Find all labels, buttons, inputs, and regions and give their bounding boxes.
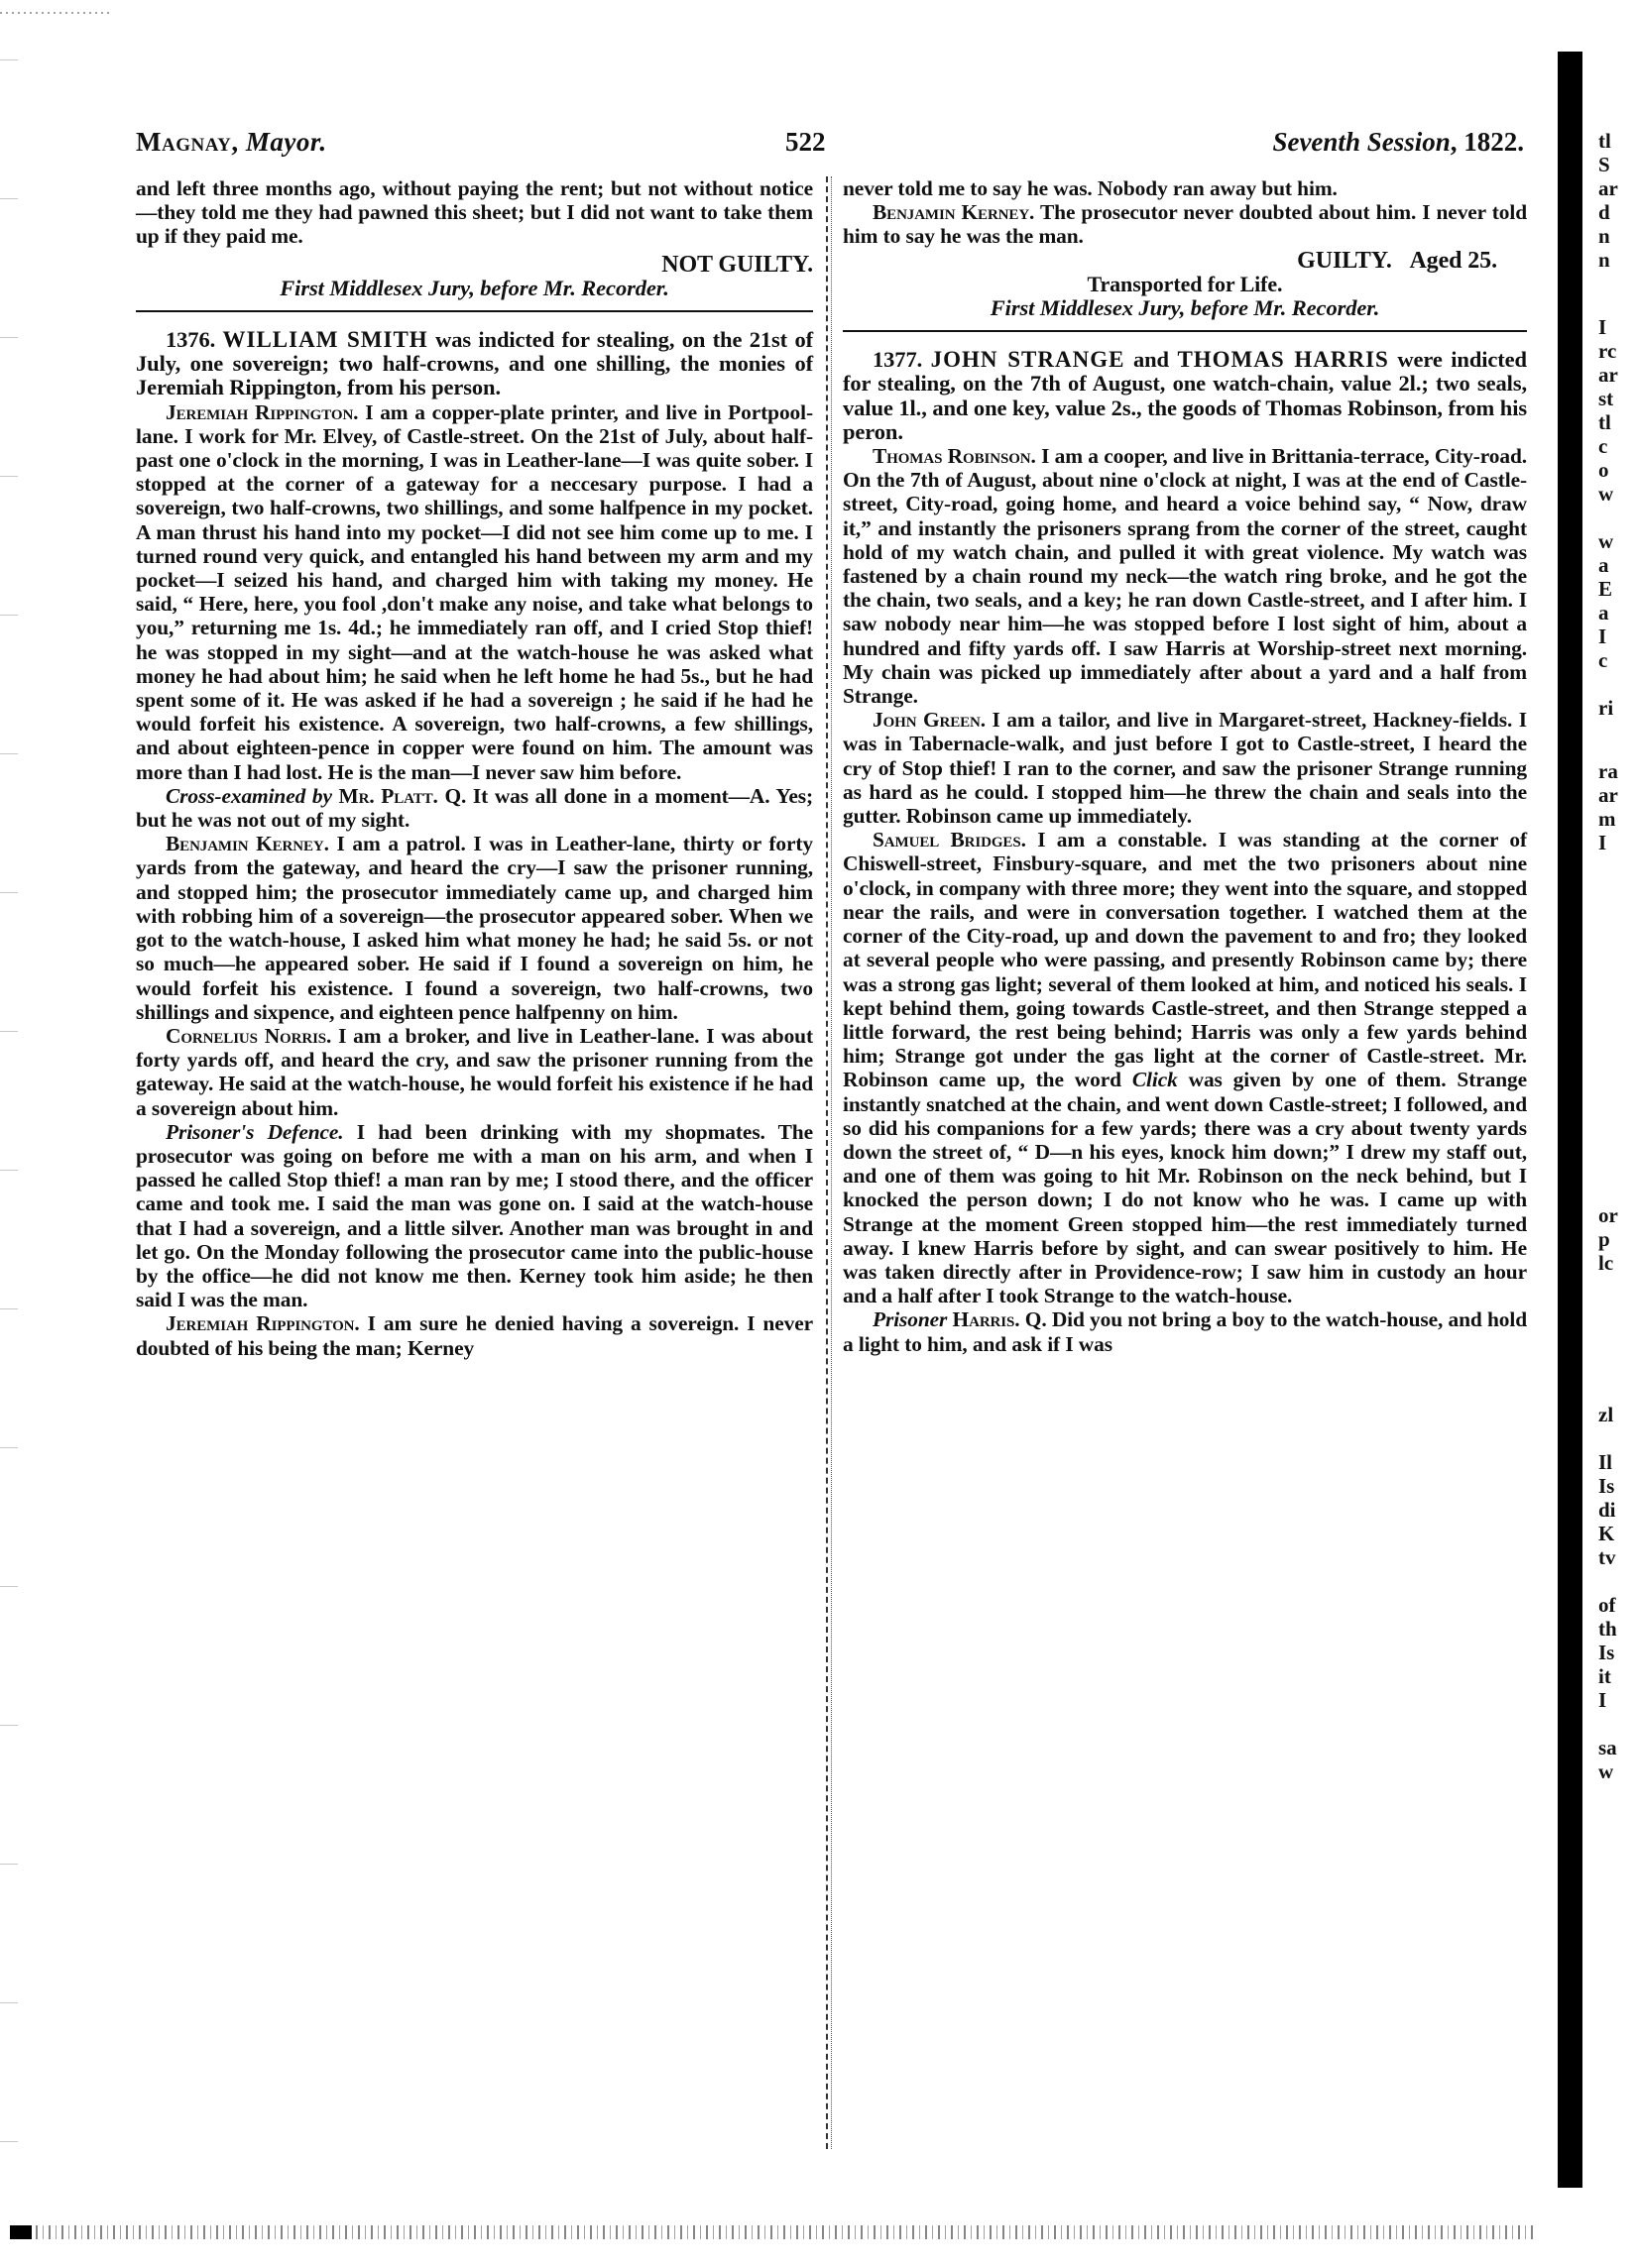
scanned-page: Magnay, Mayor. 522 Seventh Session, 1822… [0,0,1637,2268]
facing-page-fragment: c [1598,648,1607,672]
testimony: Benjamin Kerney. The prosecutor never do… [843,200,1527,248]
facing-page-fragment: I [1598,315,1606,339]
testimony: Prisoner Harris. Q. Did you not bring a … [843,1307,1527,1355]
running-head: Magnay, Mayor. 522 Seventh Session, 1822… [136,127,1524,167]
facing-page-fragment: it [1598,1664,1611,1688]
facing-page-fragment: d [1598,200,1610,224]
scan-noise-blob [10,2225,32,2239]
prisoner-label: Prisoner [873,1307,947,1331]
facing-page-fragments: tlSardnnIrcarsttlcowwaEaIcriraarmIorplcz… [1598,0,1637,2268]
defendant-age: Aged 25. [1409,248,1497,274]
facing-page-fragment: n [1598,248,1610,272]
facing-page-fragment: th [1598,1617,1617,1641]
case-heading: 1376. WILLIAM SMITH was indicted for ste… [136,328,813,400]
facing-page-fragment: ra [1598,759,1618,783]
column-divider [826,176,828,2149]
witness-name: Benjamin Kerney. [873,200,1034,224]
facing-page-fragment: di [1598,1498,1616,1522]
scan-noise-left [0,0,18,2220]
session-year: 1822. [1463,127,1524,157]
testimony: Thomas Robinson. I am a cooper, and live… [843,444,1527,708]
facing-page-fragment: Il [1598,1450,1612,1474]
witness-name: Benjamin Kerney. [166,832,329,855]
facing-page-fragment: tl [1598,410,1611,434]
witness-name: Thomas Robinson. [873,444,1036,468]
facing-page-fragment: tv [1598,1545,1616,1569]
defendant-name: WILLIAM SMITH [223,327,428,352]
session-name: Seventh Session [1272,127,1450,157]
testimony: Samuel Bridges. I am a constable. I was … [843,828,1527,1307]
facing-page-fragment: ar [1598,176,1618,200]
scan-noise-bottom [10,2225,1537,2239]
facing-page-fragment: Is [1598,1641,1614,1664]
facing-page-fragment: ar [1598,363,1618,387]
page-number: 522 [785,127,826,158]
facing-page-fragment: I [1598,1688,1606,1712]
verdict-line: GUILTY. Aged 25. [843,249,1527,273]
testimony-text: was given by one of them. Strange instan… [843,1068,1527,1307]
witness-name: Jeremiah Rippington. [166,400,358,424]
facing-page-fragment: Is [1598,1474,1614,1498]
running-head-left: Magnay, Mayor. [136,127,327,158]
facing-page-fragment: I [1598,831,1606,854]
witness-name: Samuel Bridges. [873,828,1026,851]
facing-page-fragment: a [1598,601,1609,624]
column-divider-inner [831,176,832,2149]
mayor-title: Mayor. [246,127,327,157]
jury-line: First Middlesex Jury, before Mr. Recorde… [843,296,1527,320]
testimony: Prisoner's Defence. I had been drinking … [136,1120,813,1312]
facing-page-fragment: tl [1598,129,1611,153]
facing-page-fragment: K [1598,1522,1614,1545]
case-number: 1376. [166,327,215,352]
facing-page-fragment: w [1598,1759,1613,1783]
continuation-text: and left three months ago, without payin… [136,176,813,249]
facing-page-fragment: sa [1598,1736,1617,1759]
facing-page-fragment: c [1598,434,1607,458]
facing-page-fragment: n [1598,224,1610,248]
witness-name: Cornelius Norris. [166,1024,331,1048]
facing-page-fragment: or [1598,1203,1618,1227]
testimony-text: I am a patrol. I was in Leather-lane, th… [136,832,813,1023]
testimony: Jeremiah Rippington. I am sure he denied… [136,1311,813,1359]
witness-name: Jeremiah Rippington. [166,1311,360,1335]
facing-page-fragment: w [1598,482,1613,506]
facing-page-fragment: rc [1598,339,1616,363]
facing-page-fragment: ar [1598,783,1618,807]
running-head-right: Seventh Session, 1822. [1272,127,1524,158]
testimony: Cross-examined by Mr. Platt. Q. It was a… [136,784,813,832]
witness-name: Harris. [953,1307,1020,1331]
left-column: and left three months ago, without payin… [136,176,813,1360]
testimony-text: I am a copper-plate printer, and live in… [136,400,813,784]
section-rule [843,330,1527,332]
verdict: GUILTY. [1297,248,1392,274]
testimony: Jeremiah Rippington. I am a copper-plate… [136,400,813,784]
facing-page-fragment: st [1598,387,1613,410]
facing-page-fragment: o [1598,458,1609,482]
facing-page-fragment: of [1598,1593,1616,1617]
conjunction: and [1133,347,1169,372]
testimony-text: I am a constable. I was standing at the … [843,828,1527,1091]
defence-label: Prisoner's Defence. [166,1120,344,1144]
defendant-name: JOHN STRANGE [931,347,1125,372]
witness-name: John Green. [873,708,986,732]
facing-page-fragment: ri [1598,696,1613,720]
facing-page-fragment: m [1598,807,1616,831]
cross-exam-label: Cross-examined by [166,784,332,808]
counsel-name: Mr. Platt. [339,784,438,808]
facing-page-fragment: lc [1598,1251,1613,1275]
jury-line: First Middlesex Jury, before Mr. Recorde… [136,277,813,300]
facing-page-fragment: zl [1598,1403,1613,1426]
facing-page-fragment: I [1598,624,1606,648]
facing-page-fragment: w [1598,529,1613,553]
testimony: Benjamin Kerney. I am a patrol. I was in… [136,832,813,1024]
defendant-name: THOMAS HARRIS [1177,347,1388,372]
facing-page-fragment: p [1598,1227,1610,1251]
case-number: 1377. [873,347,922,372]
continuation-text: never told me to say he was. Nobody ran … [843,176,1527,200]
mayor-name: Magnay [136,127,231,157]
case-heading: 1377. JOHN STRANGE and THOMAS HARRIS wer… [843,348,1527,444]
right-column: never told me to say he was. Nobody ran … [843,176,1527,1356]
facing-page-fragment: S [1598,153,1610,176]
verdict: NOT GUILTY. [136,253,813,277]
testimony: Cornelius Norris. I am a broker, and liv… [136,1024,813,1120]
italic-word: Click [1132,1068,1178,1091]
sentence: Transported for Life. [843,273,1527,296]
testimony-text: I am a cooper, and live in Brittania-ter… [843,444,1527,708]
testimony-text: I had been drinking with my shopmates. T… [136,1120,813,1311]
section-rule [136,310,813,312]
facing-page-fragment: E [1598,577,1612,601]
testimony: John Green. I am a tailor, and live in M… [843,708,1527,828]
binding-shadow-bar [1558,52,1582,2188]
facing-page-fragment: a [1598,553,1609,577]
